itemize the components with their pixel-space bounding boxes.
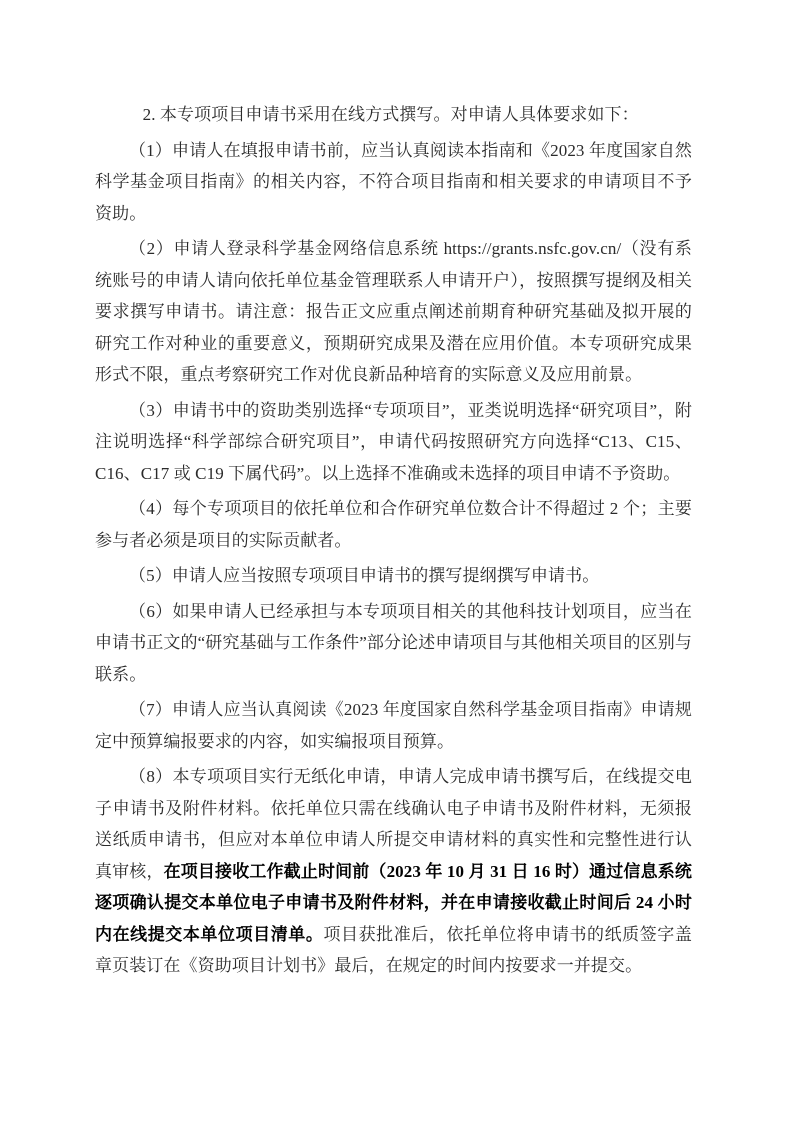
document-body: 2. 本专项项目申请书采用在线方式撰写。对申请人具体要求如下： （1）申请人在填… (95, 99, 692, 986)
document-page: 2. 本专项项目申请书采用在线方式撰写。对申请人具体要求如下： （1）申请人在填… (0, 0, 793, 1122)
text-run: （3）申请书中的资助类别选择“专项项目”，亚类说明选择“研究项目”，附注说明选择… (95, 401, 692, 483)
text-run: （1）申请人在填报申请书前，应当认真阅读本指南和《2023 年度国家自然科学基金… (95, 141, 692, 223)
text-run: （5）申请人应当按照专项项目申请书的撰写提纲撰写申请书。 (129, 566, 599, 585)
paragraph-item-6: （6）如果申请人已经承担与本专项项目相关的其他科技计划项目，应当在申请书正文的“… (95, 596, 692, 691)
paragraph-item-5: （5）申请人应当按照专项项目申请书的撰写提纲撰写申请书。 (95, 560, 692, 592)
text-run: （4）每个专项项目的依托单位和合作研究单位数合计不得超过 2 个；主要参与者必须… (95, 499, 692, 550)
paragraph-item-8: （8）本专项项目实行无纸化申请，申请人完成申请书撰写后，在线提交电子申请书及附件… (95, 761, 692, 982)
paragraph-item-7: （7）申请人应当认真阅读《2023 年度国家自然科学基金项目指南》申请规定中预算… (95, 694, 692, 757)
text-run: （2）申请人登录科学基金网络信息系统 https://grants.nsfc.g… (95, 239, 692, 384)
paragraph-item-2: （2）申请人登录科学基金网络信息系统 https://grants.nsfc.g… (95, 233, 692, 391)
text-run: （7）申请人应当认真阅读《2023 年度国家自然科学基金项目指南》申请规定中预算… (95, 700, 692, 751)
paragraph-2-intro: 2. 本专项项目申请书采用在线方式撰写。对申请人具体要求如下： (95, 99, 692, 131)
paragraph-item-3: （3）申请书中的资助类别选择“专项项目”，亚类说明选择“研究项目”，附注说明选择… (95, 395, 692, 490)
paragraph-item-4: （4）每个专项项目的依托单位和合作研究单位数合计不得超过 2 个；主要参与者必须… (95, 493, 692, 556)
paragraph-item-1: （1）申请人在填报申请书前，应当认真阅读本指南和《2023 年度国家自然科学基金… (95, 135, 692, 230)
text-run: 2. 本专项项目申请书采用在线方式撰写。对申请人具体要求如下： (143, 105, 639, 124)
text-run: （6）如果申请人已经承担与本专项项目相关的其他科技计划项目，应当在申请书正文的“… (95, 602, 692, 684)
